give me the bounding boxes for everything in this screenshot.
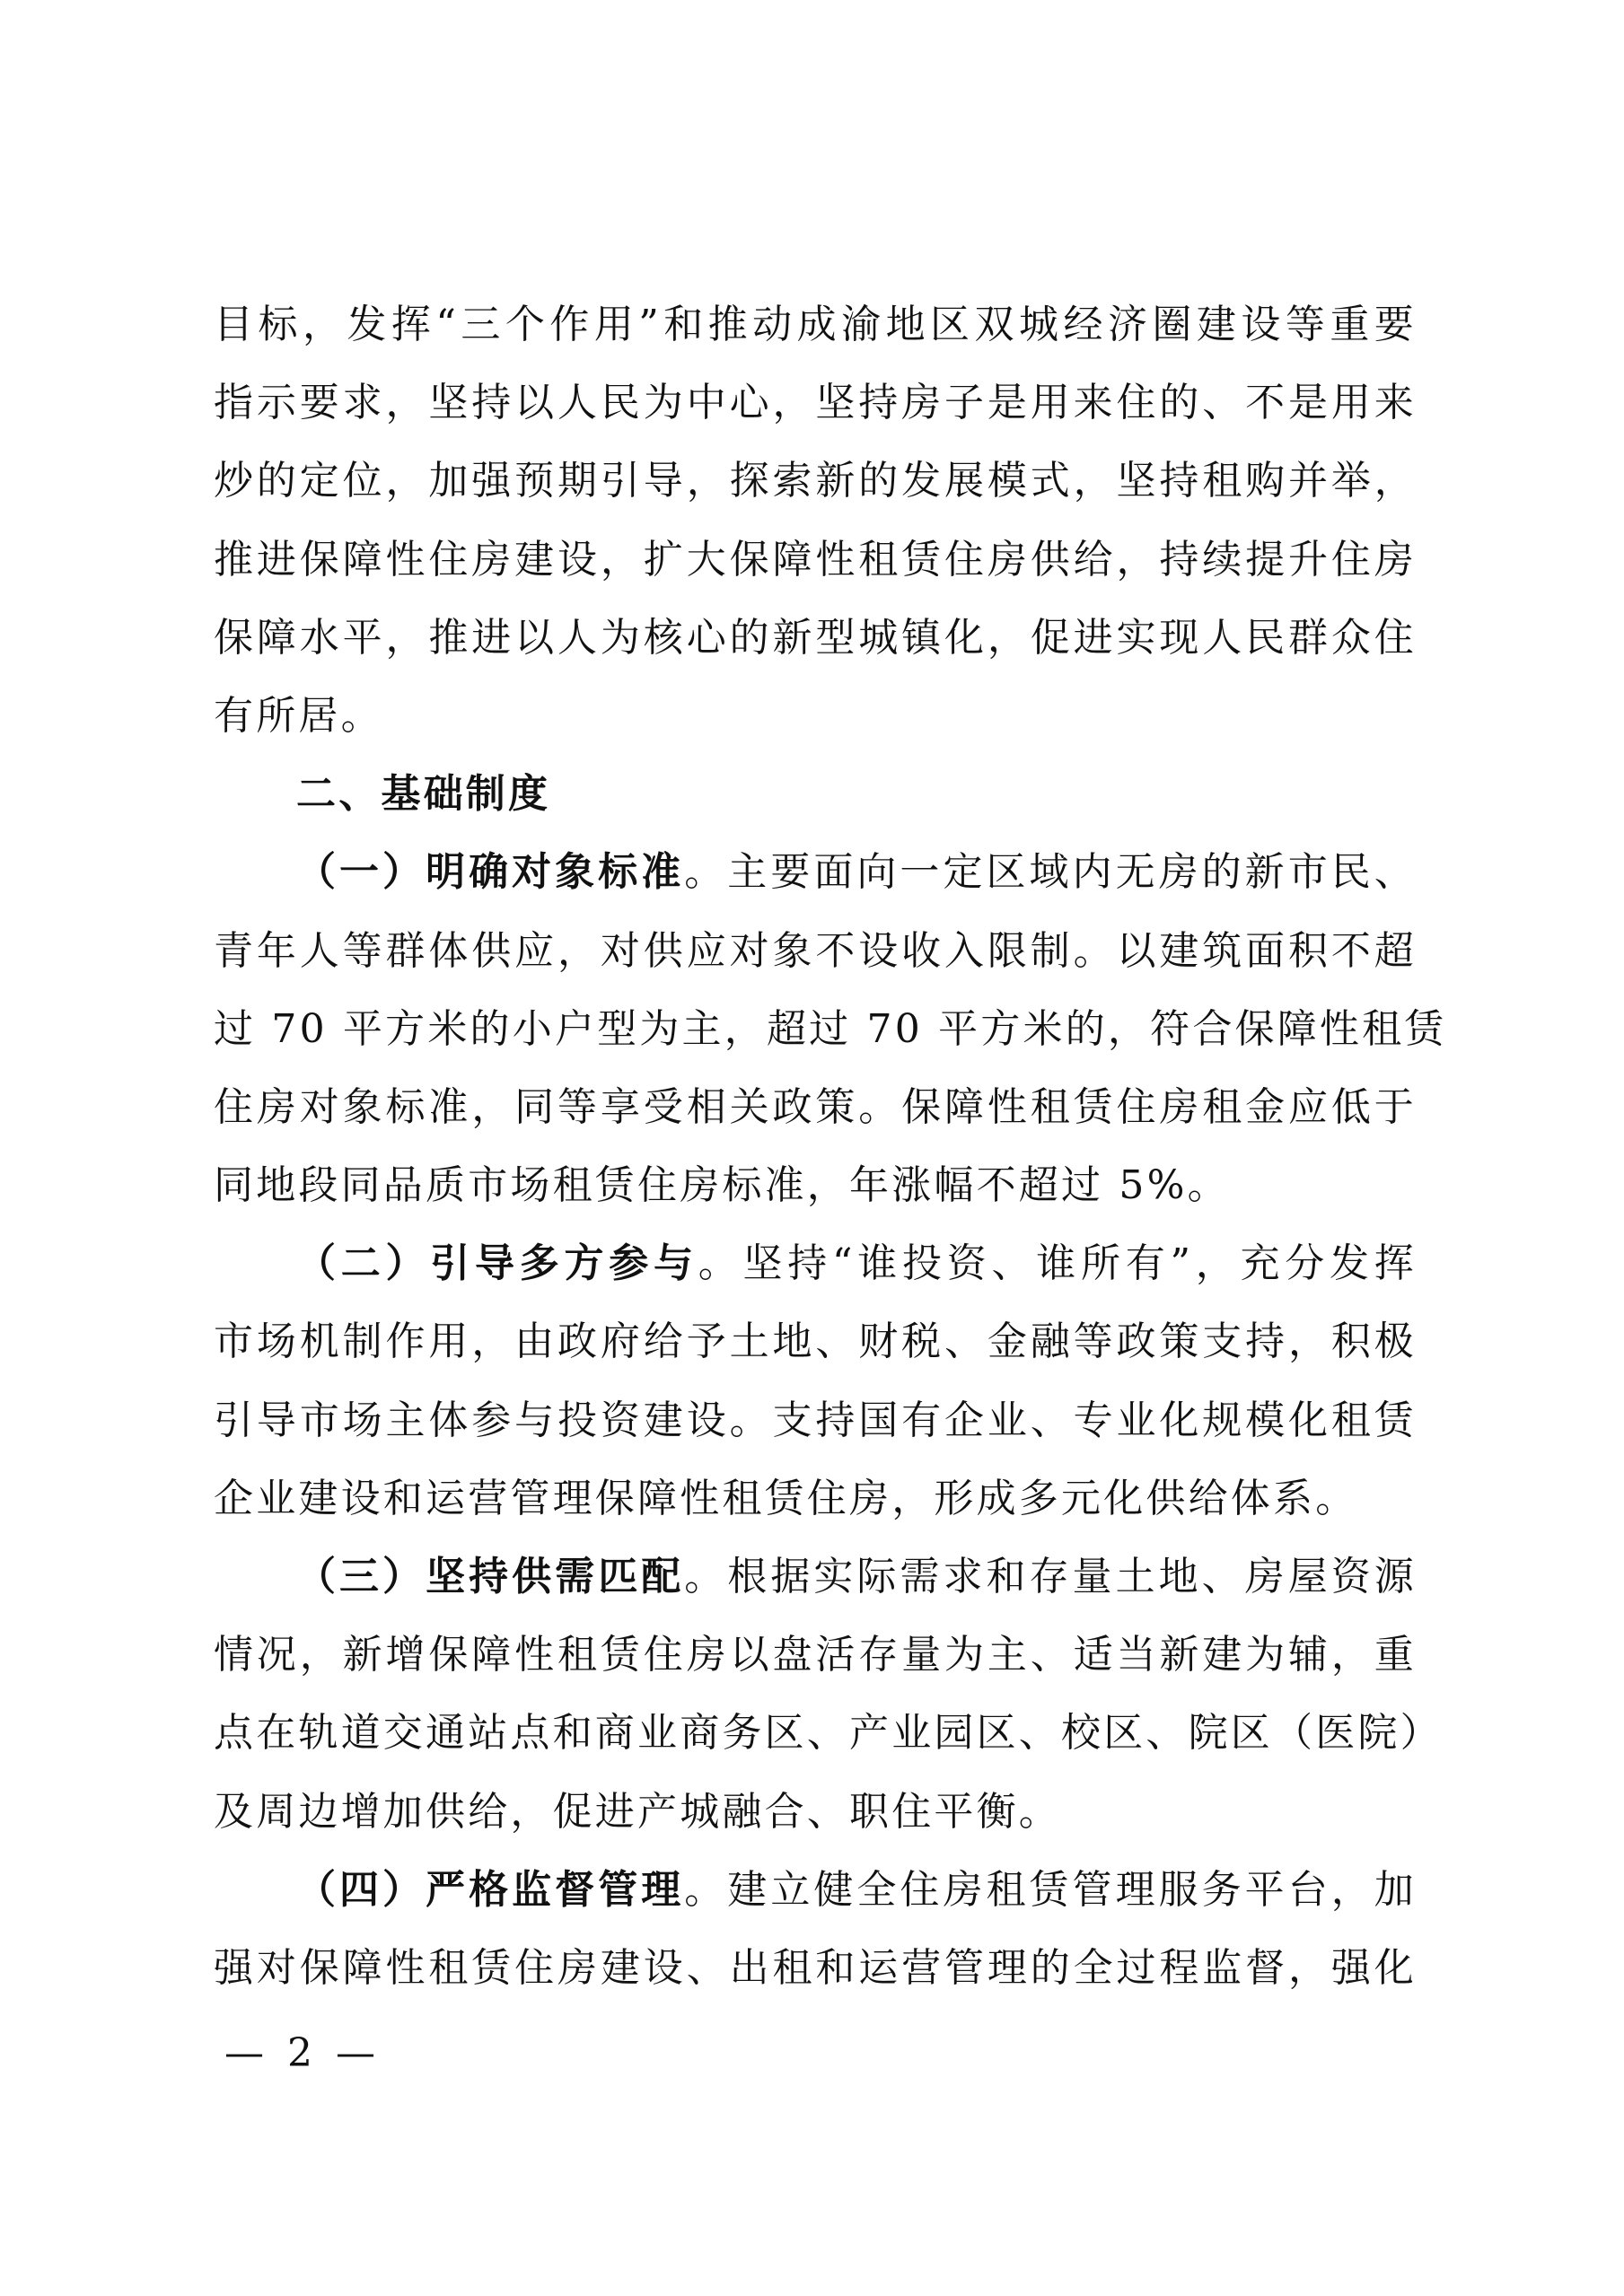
text-line: 强对保障性租赁住房建设、出租和运营管理的全过程监督，强化 [214, 1929, 1417, 2007]
text-line: 炒的定位，加强预期引导，探索新的发展模式，坚持租购并举， [214, 442, 1417, 520]
text-line: 情况，新增保障性租赁住房以盘活存量为主、适当新建为辅，重 [214, 1616, 1417, 1694]
item-first-line: （二）引导多方参与。坚持“谁投资、谁所有”，充分发挥 [214, 1224, 1417, 1302]
text-line: 及周边增加供给，促进产城融合、职住平衡。 [214, 1773, 1417, 1851]
item-text: 。建立健全住房租赁管理服务平台，加 [684, 1867, 1417, 1913]
section-heading: 二、基础制度 [214, 755, 1417, 833]
item-title: （一）明确对象标准 [296, 849, 684, 895]
text-line: 企业建设和运营管理保障性租赁住房，形成多元化供给体系。 [214, 1459, 1417, 1538]
document-body: 目标，发挥“三个作用”和推动成渝地区双城经济圈建设等重要 指示要求，坚持以人民为… [214, 285, 1417, 2007]
item-first-line: （四）严格监督管理。建立健全住房租赁管理服务平台，加 [214, 1851, 1417, 1929]
text-line: 青年人等群体供应，对供应对象不设收入限制。以建筑面积不超 [214, 912, 1417, 990]
item-title: （四）严格监督管理 [296, 1867, 684, 1913]
document-page: 目标，发挥“三个作用”和推动成渝地区双城经济圈建设等重要 指示要求，坚持以人民为… [0, 0, 1624, 2296]
text-line: 点在轨道交通站点和商业商务区、产业园区、校区、院区（医院） [214, 1694, 1417, 1772]
text-line: 推进保障性住房建设，扩大保障性租赁住房供给，持续提升住房 [214, 521, 1417, 599]
item-text: 。根据实际需求和存量土地、房屋资源 [684, 1554, 1417, 1599]
item-title: （三）坚持供需匹配 [296, 1554, 684, 1599]
text-line: 引导市场主体参与投资建设。支持国有企业、专业化规模化租赁 [214, 1381, 1417, 1459]
text-line: 同地段同品质市场租赁住房标准，年涨幅不超过 5%。 [214, 1146, 1417, 1224]
item-title: （二）引导多方参与 [296, 1240, 698, 1286]
text-line: 保障水平，推进以人为核心的新型城镇化，促进实现人民群众住 [214, 599, 1417, 677]
item-first-line: （一）明确对象标准。主要面向一定区域内无房的新市民、 [214, 833, 1417, 911]
text-line: 住房对象标准，同等享受相关政策。保障性租赁住房租金应低于 [214, 1068, 1417, 1146]
item-text: 。主要面向一定区域内无房的新市民、 [684, 849, 1417, 895]
text-line: 指示要求，坚持以人民为中心，坚持房子是用来住的、不是用来 [214, 364, 1417, 442]
item-text: 。坚持“谁投资、谁所有”，充分发挥 [698, 1240, 1417, 1286]
text-line: 目标，发挥“三个作用”和推动成渝地区双城经济圈建设等重要 [214, 285, 1417, 364]
text-line: 有所居。 [214, 677, 1417, 755]
page-number: — 2 — [224, 2030, 381, 2076]
text-line: 市场机制作用，由政府给予土地、财税、金融等政策支持，积极 [214, 1302, 1417, 1380]
text-line: 过 70 平方米的小户型为主，超过 70 平方米的，符合保障性租赁 [214, 990, 1417, 1068]
item-first-line: （三）坚持供需匹配。根据实际需求和存量土地、房屋资源 [214, 1538, 1417, 1616]
